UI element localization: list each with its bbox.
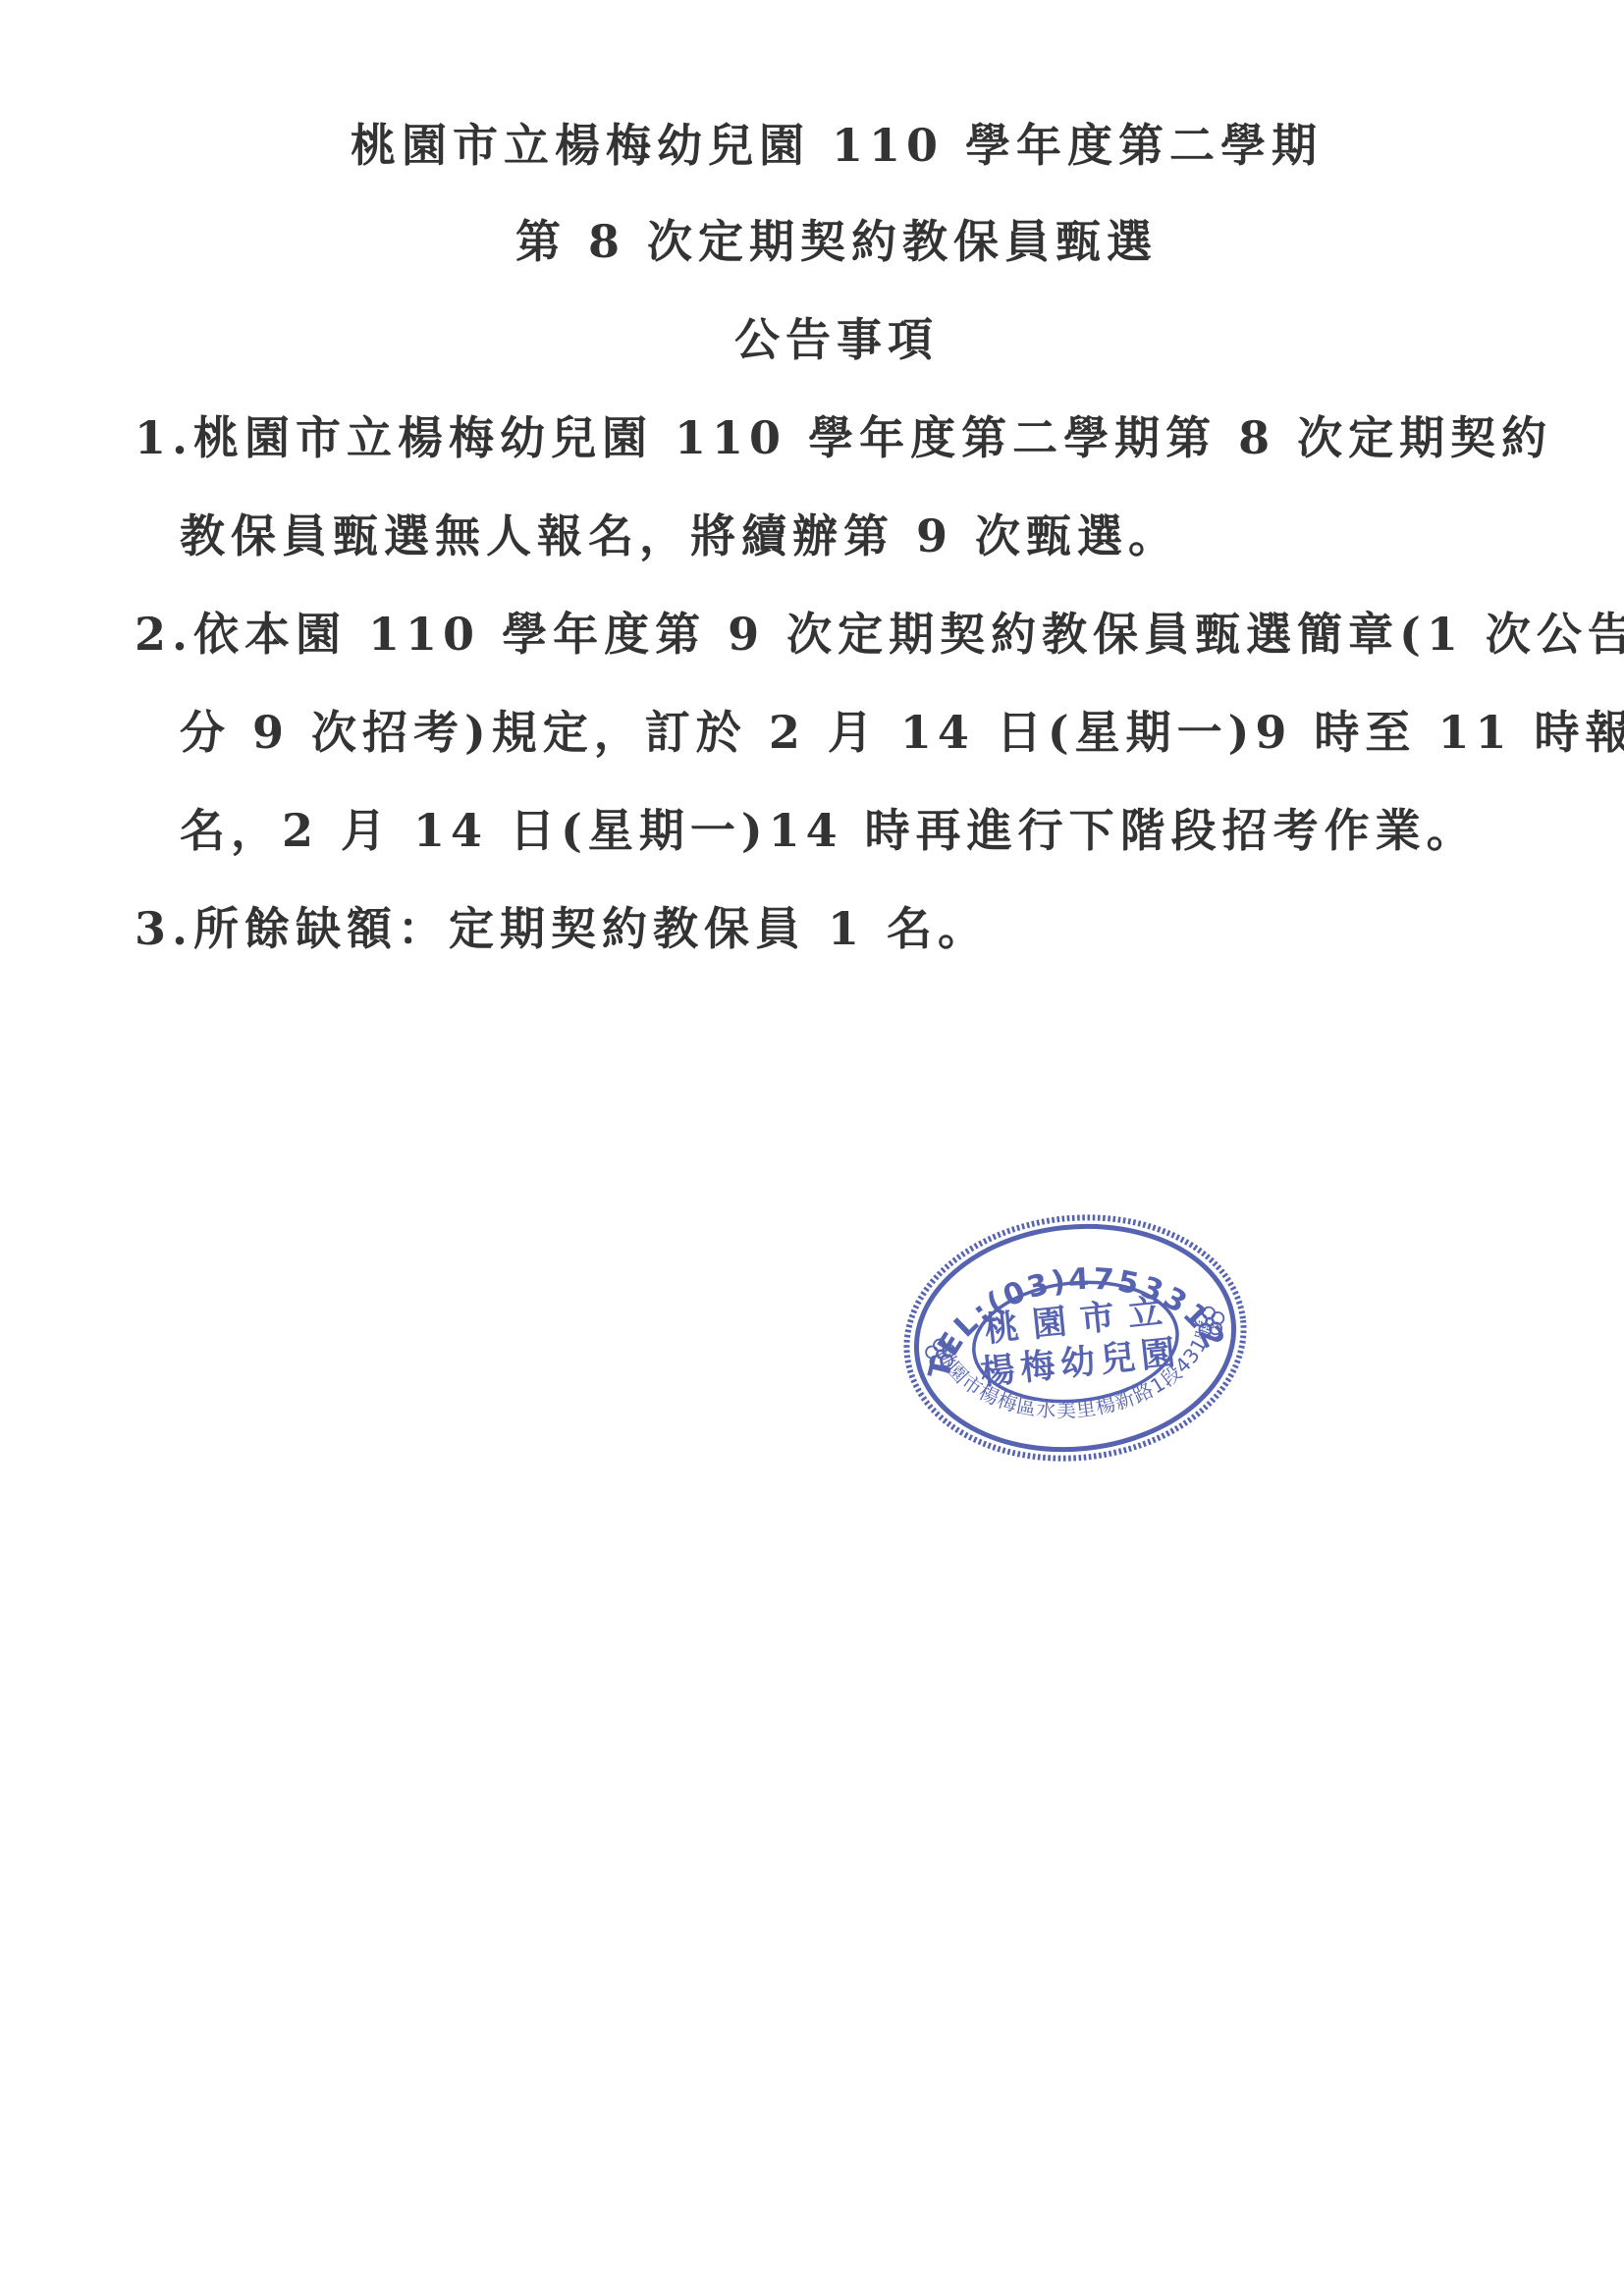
item-3-line-1: 3.所餘缺額：定期契約教保員 1 名。: [135, 880, 1588, 978]
announcement-body: 1.桃園市立楊梅幼兒園 110 學年度第二學期第 8 次定期契約 教保員甄選無人…: [135, 389, 1588, 978]
item-2-line-3: 名，2 月 14 日(星期一)14 時再進行下階段招考作業。: [135, 781, 1588, 880]
item-1-line-2: 教保員甄選無人報名，將續辦第 9 次甄選。: [135, 487, 1588, 585]
section-heading: 公告事項: [49, 304, 1624, 369]
item-1-line-1: 1.桃園市立楊梅幼兒園 110 學年度第二學期第 8 次定期契約: [135, 389, 1588, 487]
item-2-line-1: 2.依本園 110 學年度第 9 次定期契約教保員甄選簡章(1 次公告: [135, 585, 1588, 683]
official-stamp: TEL:(03)4753312 桃園市立 楊梅幼兒園 桃園市楊梅區水美里楊新路1…: [887, 1194, 1265, 1482]
document-title-line1: 桃園市立楊梅幼兒園 110 學年度第二學期: [49, 110, 1624, 175]
document-title-line2: 第 8 次定期契約教保員甄選: [49, 206, 1624, 271]
announcement-document-page: 桃園市立楊梅幼兒園 110 學年度第二學期 第 8 次定期契約教保員甄選 公告事…: [0, 0, 1624, 2296]
item-2-line-2: 分 9 次招考)規定，訂於 2 月 14 日(星期一)9 時至 11 時報: [135, 683, 1588, 781]
